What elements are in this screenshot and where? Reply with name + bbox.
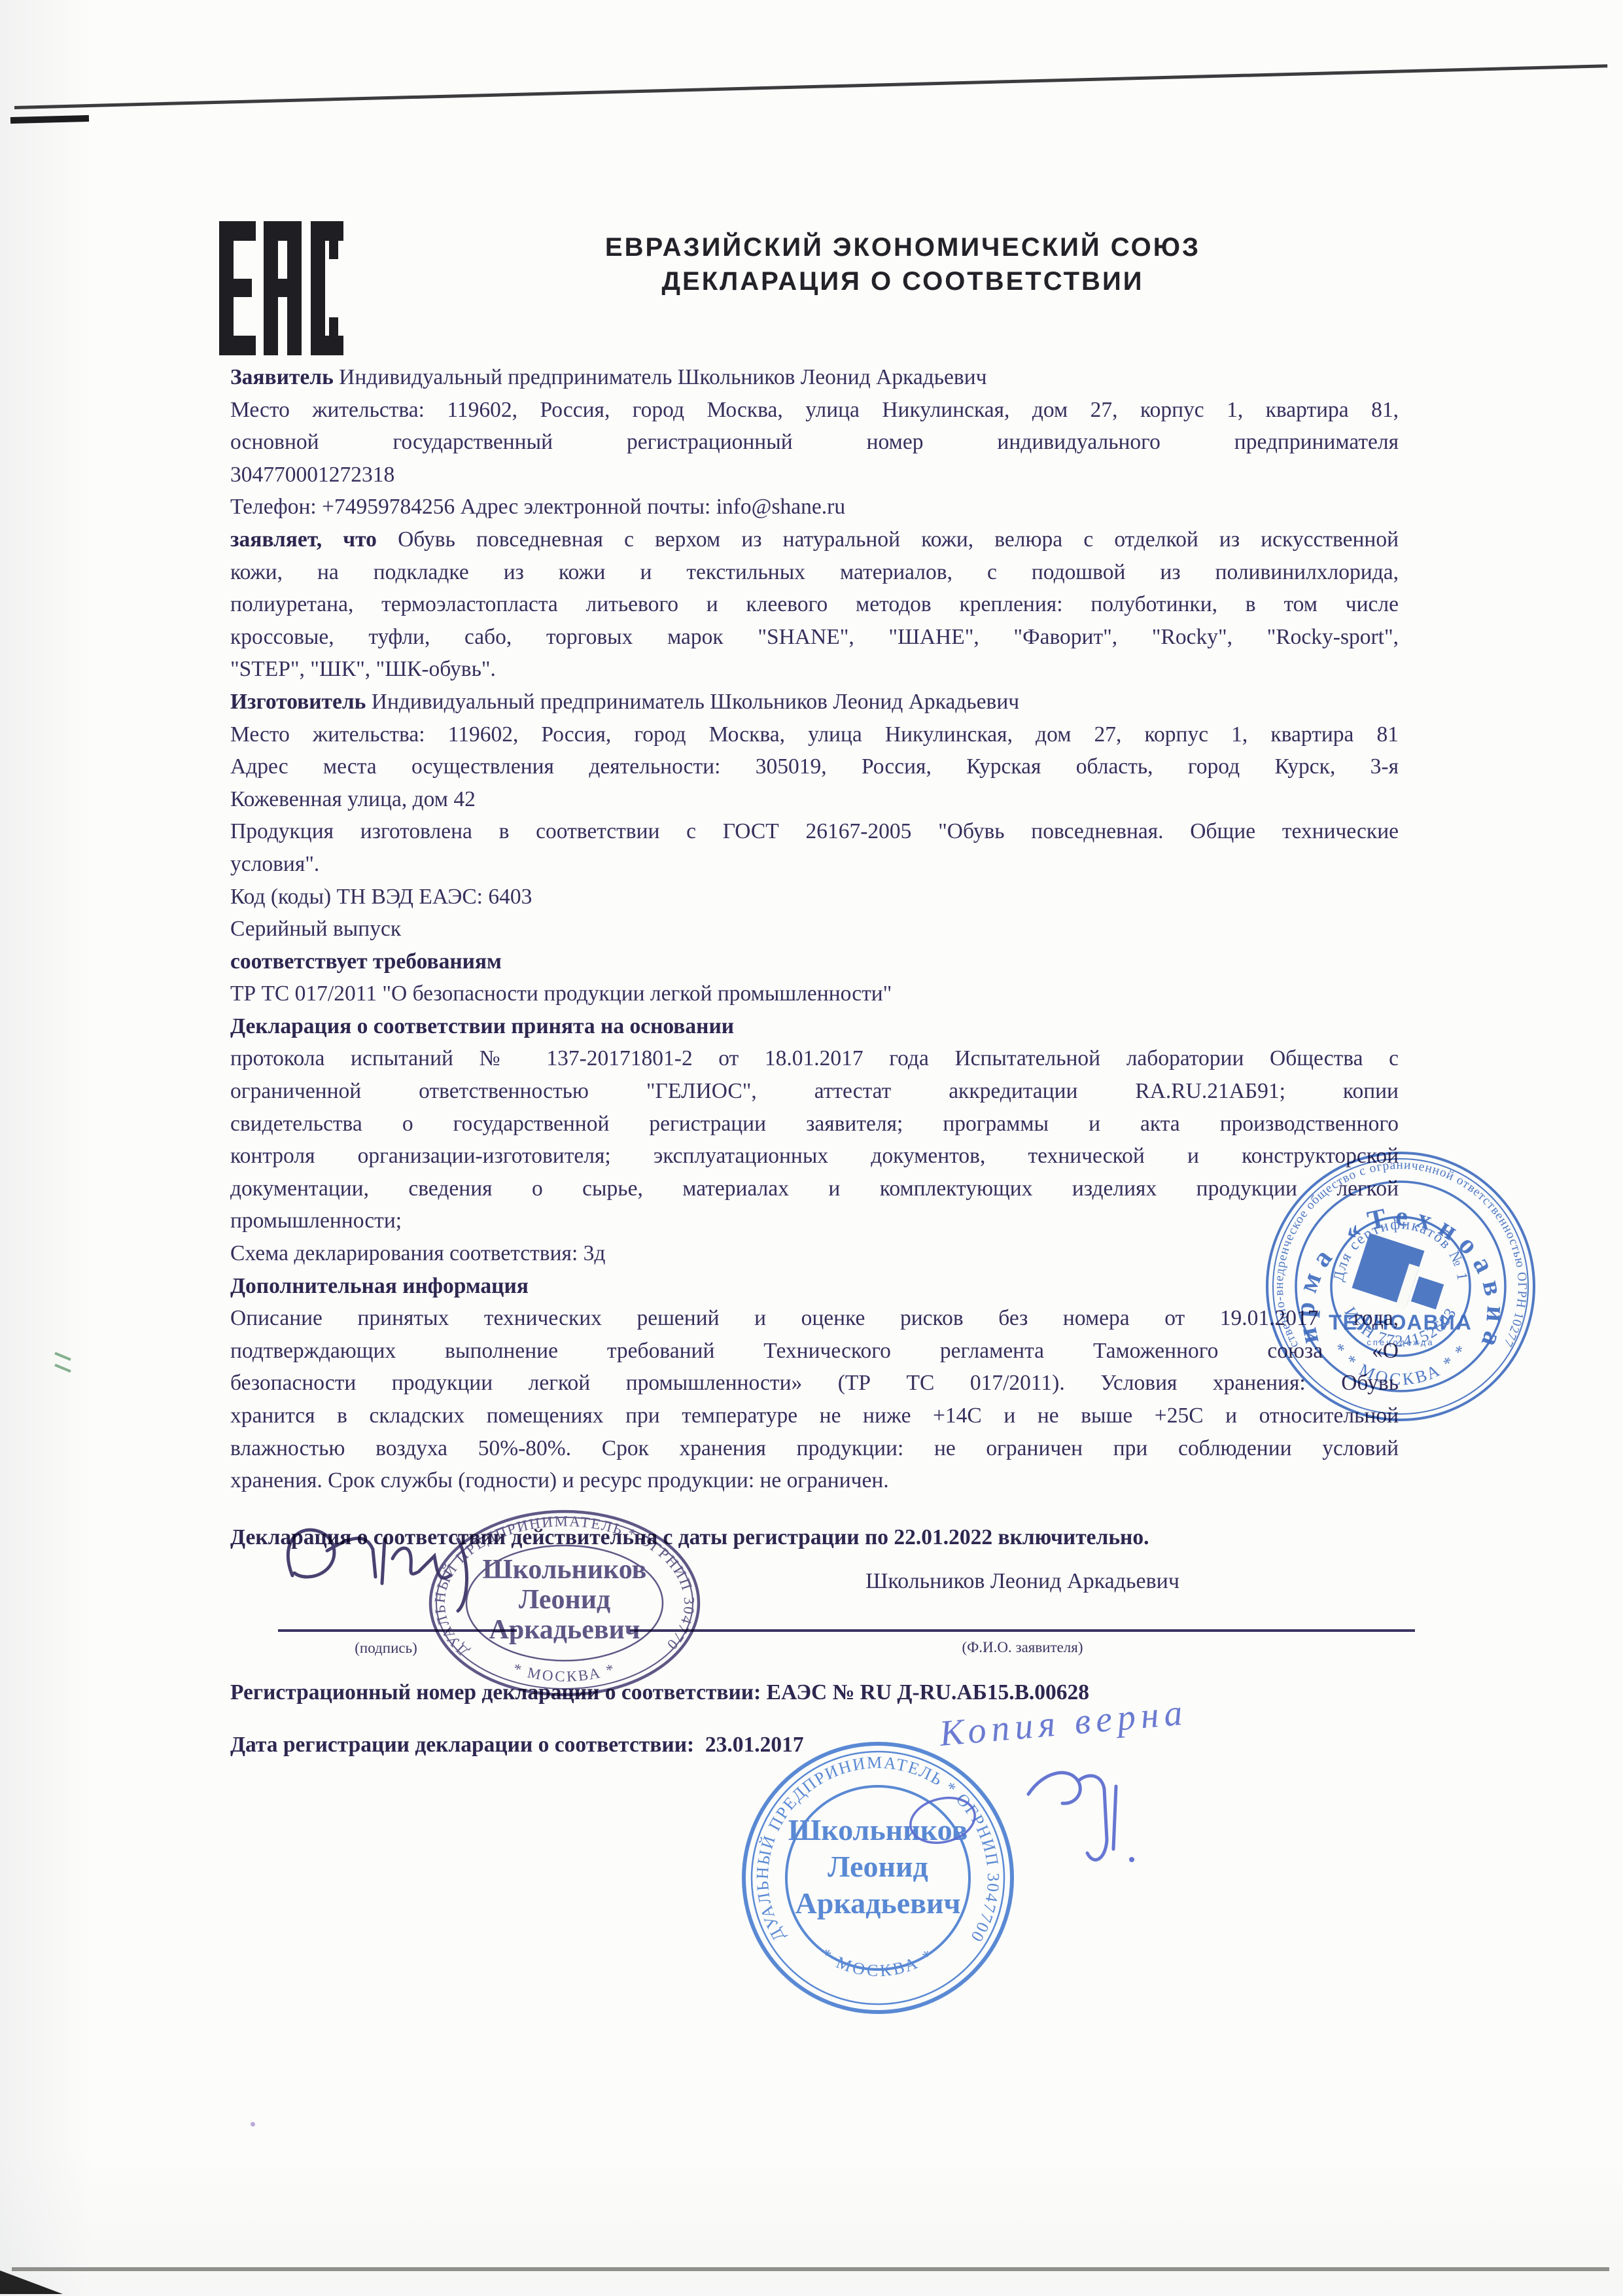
personal-bottom-ring-text: ИНДИВИДУАЛЬНЫЙ ПРЕДПРИНИМАТЕЛЬ * ОГРНИП … (0, 0, 1003, 1946)
technoavia-big-ring-text: Фирма «Техноавиа» (0, 0, 1511, 1358)
personal-bottom-ring-bottom-text: * МОСКВА * (818, 1945, 939, 1981)
svg-text:* МОСКВА *: * МОСКВА * (511, 1660, 618, 1684)
stamps-layer: производственно-внедренческое общество с… (0, 0, 1623, 2296)
technoavia-outer-ring-text: производственно-внедренческое общество с… (0, 0, 1529, 1351)
personal-top-name-2: Леонид (519, 1585, 610, 1615)
svg-text:* МОСКВА *: * МОСКВА * (818, 1945, 939, 1981)
personal-bottom-name-2: Леонид (828, 1850, 928, 1883)
personal-stamp-top: ИНДИВИДУАЛЬНЫЙ ПРЕДПРИНИМАТЕЛЬ * ОГРНИП … (0, 0, 699, 1695)
personal-stamp-bottom: ИНДИВИДУАЛЬНЫЙ ПРЕДПРИНИМАТЕЛЬ * ОГРНИП … (0, 0, 1012, 2012)
copy-note-handwriting: Копия верна (937, 1692, 1189, 1754)
personal-top-ring-bottom-text: * МОСКВА * (511, 1660, 618, 1684)
personal-top-ring-text: ИНДИВИДУАЛЬНЫЙ ПРЕДПРИНИМАТЕЛЬ * ОГРНИП … (0, 0, 697, 1660)
svg-text:производственно-внедренческое: производственно-внедренческое общество с… (0, 0, 1529, 1351)
green-ink-mark (55, 1353, 71, 1371)
personal-top-name-3: Аркадьевич (489, 1615, 640, 1645)
declaration-document: ЕВРАЗИЙСКИЙ ЭКОНОМИЧЕСКИЙ СОЮЗ ДЕКЛАРАЦИ… (0, 0, 1623, 2296)
personal-bottom-name-3: Аркадьевич (795, 1886, 961, 1920)
technoavia-brand-sub-text: спецодежда (1367, 1337, 1434, 1347)
personal-top-name-1: Школьников (483, 1555, 647, 1585)
technoavia-brand-text: ТЕХНОАВИА (1329, 1311, 1473, 1334)
svg-text:Фирма «Техноавиа»: Фирма «Техноавиа» (0, 0, 1511, 1358)
svg-text:ИНДИВИДУАЛЬНЫЙ ПРЕДПРИНИМАТЕЛЬ: ИНДИВИДУАЛЬНЫЙ ПРЕДПРИНИМАТЕЛЬ * ОГРНИП … (0, 0, 1003, 1946)
technoavia-stamp-text: производственно-внедренческое общество с… (0, 0, 1529, 1389)
svg-text:ИНДИВИДУАЛЬНЫЙ ПРЕДПРИНИМАТЕЛЬ: ИНДИВИДУАЛЬНЫЙ ПРЕДПРИНИМАТЕЛЬ * ОГРНИП … (0, 0, 697, 1660)
